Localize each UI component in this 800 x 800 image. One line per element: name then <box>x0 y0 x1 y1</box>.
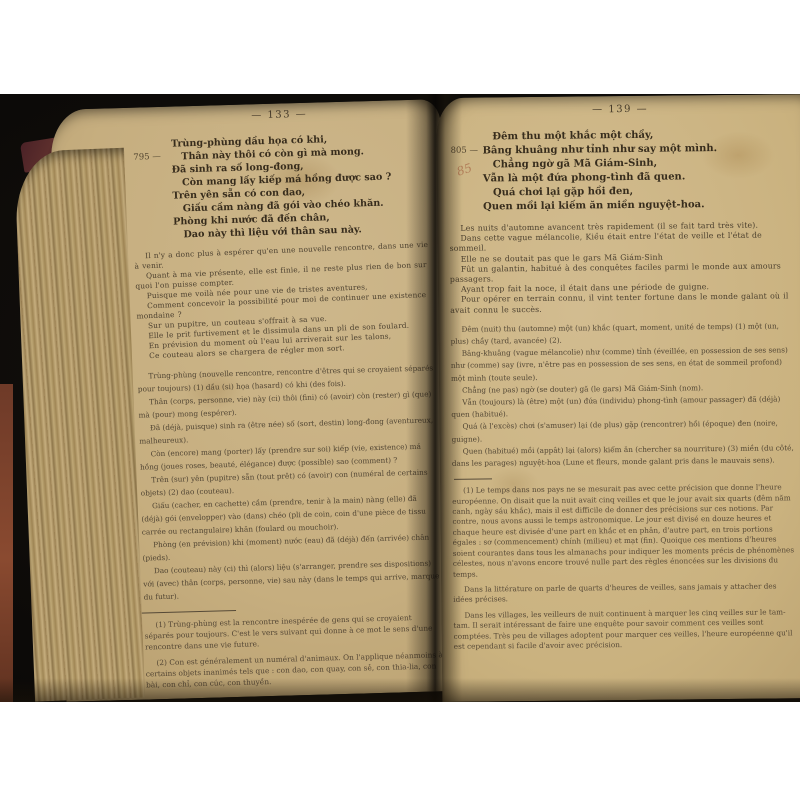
footnote-rule <box>454 479 492 480</box>
left-verse-block: 795 — Trùng-phùng dầu họa có khi, Thân n… <box>131 130 432 242</box>
right-page: — 139 — 805 — 85 Đêm thu một khắc một ch… <box>436 94 800 702</box>
left-glossary-block: Trùng-phùng (nouvelle rencontre, rencont… <box>137 361 441 603</box>
page-edge-stack <box>14 148 145 702</box>
right-verse-number: 805 — <box>450 144 478 158</box>
right-page-content: — 139 — 805 — 85 Đêm thu một khắc một ch… <box>448 102 798 657</box>
left-verse-number: 795 — <box>133 151 161 165</box>
glossary-entry: Quen (habitué) mồi (appât) lại (alors) k… <box>452 442 796 470</box>
right-page-number: — 139 — <box>448 102 792 117</box>
translation-line: Pour opérer en terrain connu, il vint te… <box>450 292 794 316</box>
handwritten-annotation: 85 <box>455 161 474 179</box>
glossary-entry: Dao (couteau) này (ci) thì (alors) liệu … <box>143 556 442 603</box>
book-photo: — 133 — 795 — Trùng-phùng dầu họa có khi… <box>0 94 800 702</box>
right-translation-block: Les nuits d'automne avancent très rapide… <box>449 220 794 315</box>
footnote: Dans les villages, les veilleurs de nuit… <box>453 607 797 652</box>
left-translation-block: Il n'y a donc plus à espérer qu'en une n… <box>134 240 436 362</box>
right-verse-block: 805 — 85 Đêm thu một khắc một chầy, Bâng… <box>448 127 793 215</box>
verse-line: Quen mồi lại kiếm ăn miền nguyệt-hoa. <box>483 197 793 214</box>
footnote: (1) Trùng-phùng est la rencontre inespér… <box>144 611 443 652</box>
right-glossary-block: Đêm (nuit) thu (automne) một (un) khắc (… <box>450 320 796 470</box>
glossary-entry: Quá (à l'excès) chơi (s'amuser) lại (de … <box>451 418 795 446</box>
right-footnotes-block: (1) Le temps dans nos pays ne se mesurai… <box>452 483 798 653</box>
left-footnotes-block: (1) Trùng-phùng est la rencontre inespér… <box>144 611 444 690</box>
book-cover-edge-left <box>0 384 13 702</box>
left-page-number: — 133 — <box>130 105 428 124</box>
left-page-content: — 133 — 795 — Trùng-phùng dầu họa có khi… <box>130 105 444 695</box>
footnote: Dans la littérature on parle de quarts d… <box>453 581 797 605</box>
glossary-entry: Đêm (nuit) thu (automne) một (un) khắc (… <box>450 320 794 348</box>
footnote: (2) Con est généralement un numéral d'an… <box>145 649 444 690</box>
footnote: (1) Le temps dans nos pays ne se mesurai… <box>452 483 797 580</box>
footnote-rule <box>136 610 236 614</box>
glossary-entry: Vẫn (toujours) là (être) một (un) đứa (i… <box>451 393 795 421</box>
glossary-entry: Bâng-khuâng (vague mélancolie) như (comm… <box>451 344 795 384</box>
